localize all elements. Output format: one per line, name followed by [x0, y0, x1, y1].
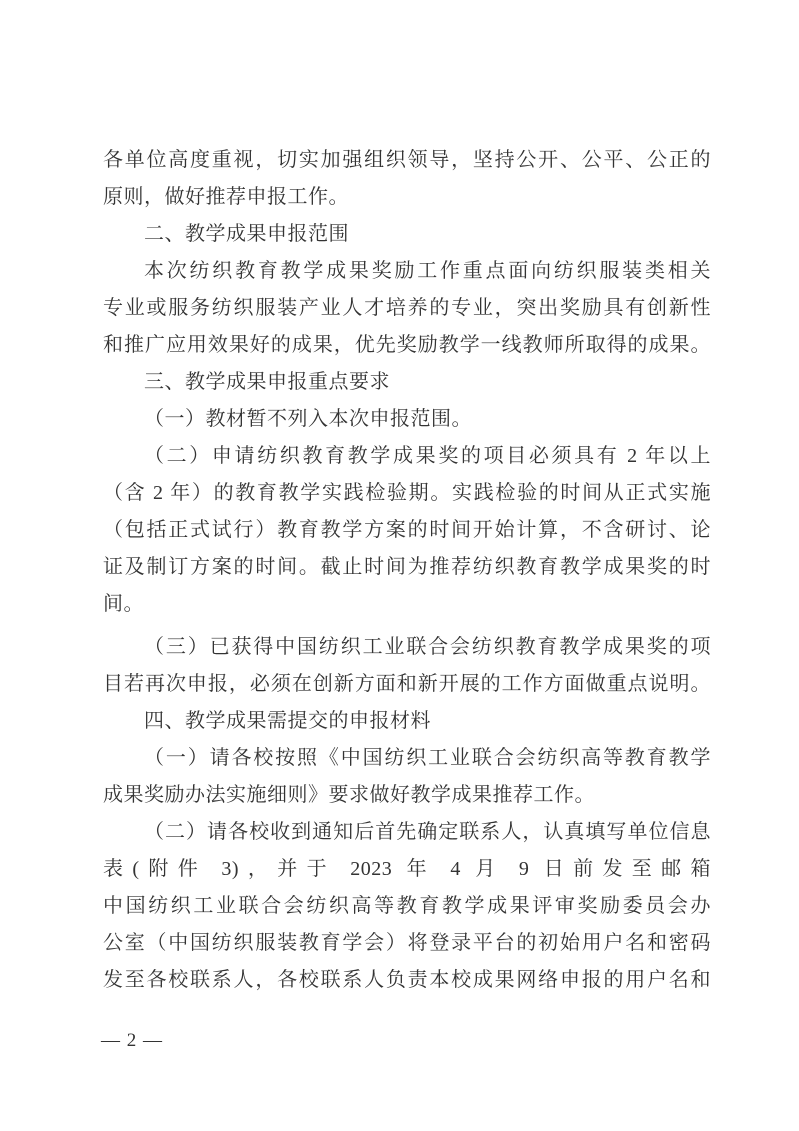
document-line: （包括正式试行）教育教学方案的时间开始计算，不含研讨、论: [103, 512, 711, 549]
document-line: （二）请各校收到通知后首先确定联系人，认真填写单位信息: [103, 814, 711, 851]
document-line: 间。: [103, 586, 711, 623]
document-line: 专业或服务纺织服装产业人才培养的专业，突出奖励具有创新性: [103, 290, 711, 327]
document-line: 成果奖励办法实施细则》要求做好教学成果推荐工作。: [103, 777, 711, 814]
document-line: 各单位高度重视，切实加强组织领导，坚持公开、公平、公正的: [103, 142, 711, 179]
document-line: 本次纺织教育教学成果奖励工作重点面向纺织服装类相关: [103, 253, 711, 290]
section-heading-3: 三、教学成果申报重点要求: [103, 364, 711, 401]
document-line: 原则，做好推荐申报工作。: [103, 179, 711, 216]
section-heading-2: 二、教学成果申报范围: [103, 216, 711, 253]
document-body: 各单位高度重视，切实加强组织领导，坚持公开、公平、公正的 原则，做好推荐申报工作…: [103, 142, 711, 999]
document-line: 证及制订方案的时间。截止时间为推荐纺织教育教学成果奖的时: [103, 549, 711, 586]
document-line: 发至各校联系人，各校联系人负责本校成果网络申报的用户名和: [103, 962, 711, 999]
document-line: 和推广应用效果好的成果，优先奖励教学一线教师所取得的成果。: [103, 327, 711, 364]
document-line: （二）申请纺织教育教学成果奖的项目必须具有 2 年以上: [103, 438, 711, 475]
document-line: （三）已获得中国纺织工业联合会纺织教育教学成果奖的项: [103, 629, 711, 666]
document-line: 中国纺织工业联合会纺织高等教育教学成果评审奖励委员会办: [103, 888, 711, 925]
page-number: — 2 —: [101, 1029, 163, 1053]
document-line: 目若再次申报，必须在创新方面和新开展的工作方面做重点说明。: [103, 666, 711, 703]
section-heading-4: 四、教学成果需提交的申报材料: [103, 703, 711, 740]
document-line: 表(附件 3)，并于 2023 年 4 月 9 日前发至邮箱 laobin031…: [103, 851, 711, 888]
document-page: 各单位高度重视，切实加强组织领导，坚持公开、公平、公正的 原则，做好推荐申报工作…: [0, 0, 799, 1131]
document-line: （一）请各校按照《中国纺织工业联合会纺织高等教育教学: [103, 740, 711, 777]
document-line: 公室（中国纺织服装教育学会）将登录平台的初始用户名和密码: [103, 925, 711, 962]
document-line: （一）教材暂不列入本次申报范围。: [103, 401, 711, 438]
document-line: （含 2 年）的教育教学实践检验期。实践检验的时间从正式实施: [103, 475, 711, 512]
